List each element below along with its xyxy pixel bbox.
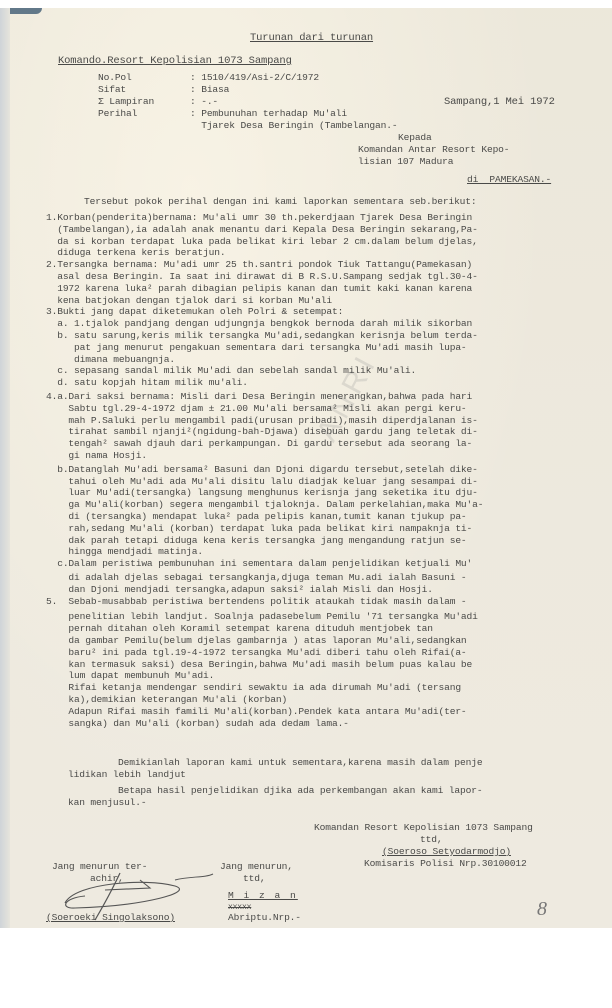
body-line: penelitian lebih landjut. Soalnja padase… [46,611,478,623]
recipient-line-2: Komandan Antar Resort Kepo- [358,144,509,156]
body-line: dimana mebuangnja. [46,354,175,366]
signatory-rank: Komisaris Polisi Nrp.30100012 [364,858,527,870]
closing-1b: lidikan lebih landjut [68,769,186,781]
lampiran-value: : -.- [190,96,218,108]
issuer-heading: Komando.Resort Kepolisian 1073 Sampang [58,55,292,67]
body-line: asal desa Beringin. Ia saat ini dirawat … [46,271,478,283]
body-line: gi nama Hosji. [46,450,147,462]
recipient-line-3: lisian 107 Madura [358,156,453,168]
closing-2b: kan menjusul.- [68,797,147,809]
body-line: hingga mendjadi matinja. [46,546,203,558]
sifat-value: : Biasa [190,84,229,96]
perihal-label: Perihal [98,108,137,120]
body-line: kan termasuk saksi) desa Beringin,bahwa … [46,659,472,671]
recipient-line-1: Kepada [398,132,432,144]
page-number: 8 [537,898,547,921]
handwritten-signature-icon [55,868,215,923]
body-line: da si korban terdapat luka pada belikat … [46,236,478,248]
copier-middle-rank: Abriptu.Nrp.- [228,912,301,924]
body-line: (Tambelangan),ia adalah anak menantu dar… [46,224,478,236]
sifat-label: Sifat [98,84,126,96]
copier-middle-line-2: ttd, [243,873,265,885]
body-line: 1972 karena luka² parah dibagian pelipis… [46,283,472,295]
body-line: mah P.Saluki perlu mengambil padi(urusan… [46,415,478,427]
copier-middle-line-1: Jang menurun, [220,861,293,873]
body-line: dan Djoni mendjadi tersangka,adapun saks… [46,584,433,596]
body-line: luar Mu'adi(tersangka) langsung menghunu… [46,487,478,499]
place-date: Sampang,1 Mei 1972 [444,96,555,108]
body-line: di adalah djelas sebagai tersangkanja,dj… [46,572,467,584]
closing-2a: Betapa hasil penjelidikan djika ada perk… [118,785,482,797]
body-line: ga Mu'ali(korban) segera mengambil tjalo… [46,499,483,511]
body-line: tahui oleh Mu'adi ada Mu'ali disitu lalu… [46,476,478,488]
intro-line: Tersebut pokok perihal dengan ini kami l… [84,196,477,208]
body-line: 3.Bukti jang dapat diketemukan oleh Polr… [46,306,343,318]
body-line: 5. Sebab-musabbab peristiwa bertendens p… [46,596,467,608]
body-line: d. satu kopjah hitam milik mu'ali. [46,377,248,389]
copy-note: Turunan dari turunan [250,32,373,44]
body-line: tirahat sambil njanji²(ngidung-bah-Djawa… [46,426,478,438]
body-line: 4.a.Dari saksi bernama: Misli dari Desa … [46,391,472,403]
body-line: Rifai ketanja mendengar sendiri sewaktu … [46,682,461,694]
body-line: sangka) dan Mu'ali (korban) sudah ada de… [46,718,349,730]
signatory-name: (Soeroso Setyodarmodjo) [382,846,511,858]
body-line: c. sepasang sandal milik Mu'adi dan sebe… [46,365,416,377]
body-line: di (tersangka) mendapat luka² pada pelip… [46,511,467,523]
body-line: rah,sedang Mu'ali (korban) terdapat luka… [46,523,472,535]
no-pol-label: No.Pol [98,72,132,84]
scan-left-edge [0,8,10,928]
body-line: a. 1.tjalok pandjang dengan udjungnja be… [46,318,472,330]
body-line: ka),demikian keterangan Mu'ali (korban) [46,694,287,706]
body-line: 2.Tersangka bernama: Mu'adi umr 25 th.sa… [46,259,472,271]
recipient-line-4: di PAMEKASAN.- [467,174,551,186]
body-line: pernah ditahan oleh Koramil setempat kar… [46,623,433,635]
lampiran-label: Σ Lampiran [98,96,154,108]
body-line: Adapun Rifai masih famili Mu'ali(korban)… [46,706,467,718]
scan-corner-mark [10,8,42,14]
signatory-ttd: ttd, [420,834,442,846]
body-line: pat jang menurut pengakuan sementara dar… [46,342,467,354]
closing-1a: Demikianlah laporan kami untuk sementara… [118,757,482,769]
signatory-title: Komandan Resort Kepolisian 1073 Sampang [314,822,533,834]
body-line: baru² ini pada tgl.19-4-1972 tersangka M… [46,647,467,659]
body-line: b.Datanglah Mu'adi bersama² Basuni dan D… [46,464,478,476]
body-line: lum dapat membunuh Mu'adi. [46,670,214,682]
no-pol-value: : 1510/419/Asi-2/C/1972 [190,72,319,84]
body-line: da gambar Pemilu(belum djelas gambarnja … [46,635,467,647]
body-line: diduga terkena keris beratjun. [46,247,225,259]
copier-middle-name: M i z a n [228,890,298,902]
body-line: c.Dalam peristiwa pembunuhan ini sementa… [46,558,472,570]
body-line: b. satu sarung,keris milik tersangka Mu'… [46,330,478,342]
body-line: 1.Korban(penderita)bernama: Mu'ali umr 3… [46,212,472,224]
perihal-value-1: : Pembunuhan terhadap Mu'ali [190,108,347,120]
body-line: dak parah tetapi diduga kena keris tersa… [46,535,467,547]
body-line: Sabtu tgl.29-4-1972 djam ± 21.00 Mu'ali … [46,403,467,415]
body-line: kena batjokan dengan tjalok dari si korb… [46,295,332,307]
body-line: tengah² sawah djauh dari perkampungan. D… [46,438,472,450]
perihal-value-2: Tjarek Desa Beringin (Tambelangan.- [190,120,397,132]
